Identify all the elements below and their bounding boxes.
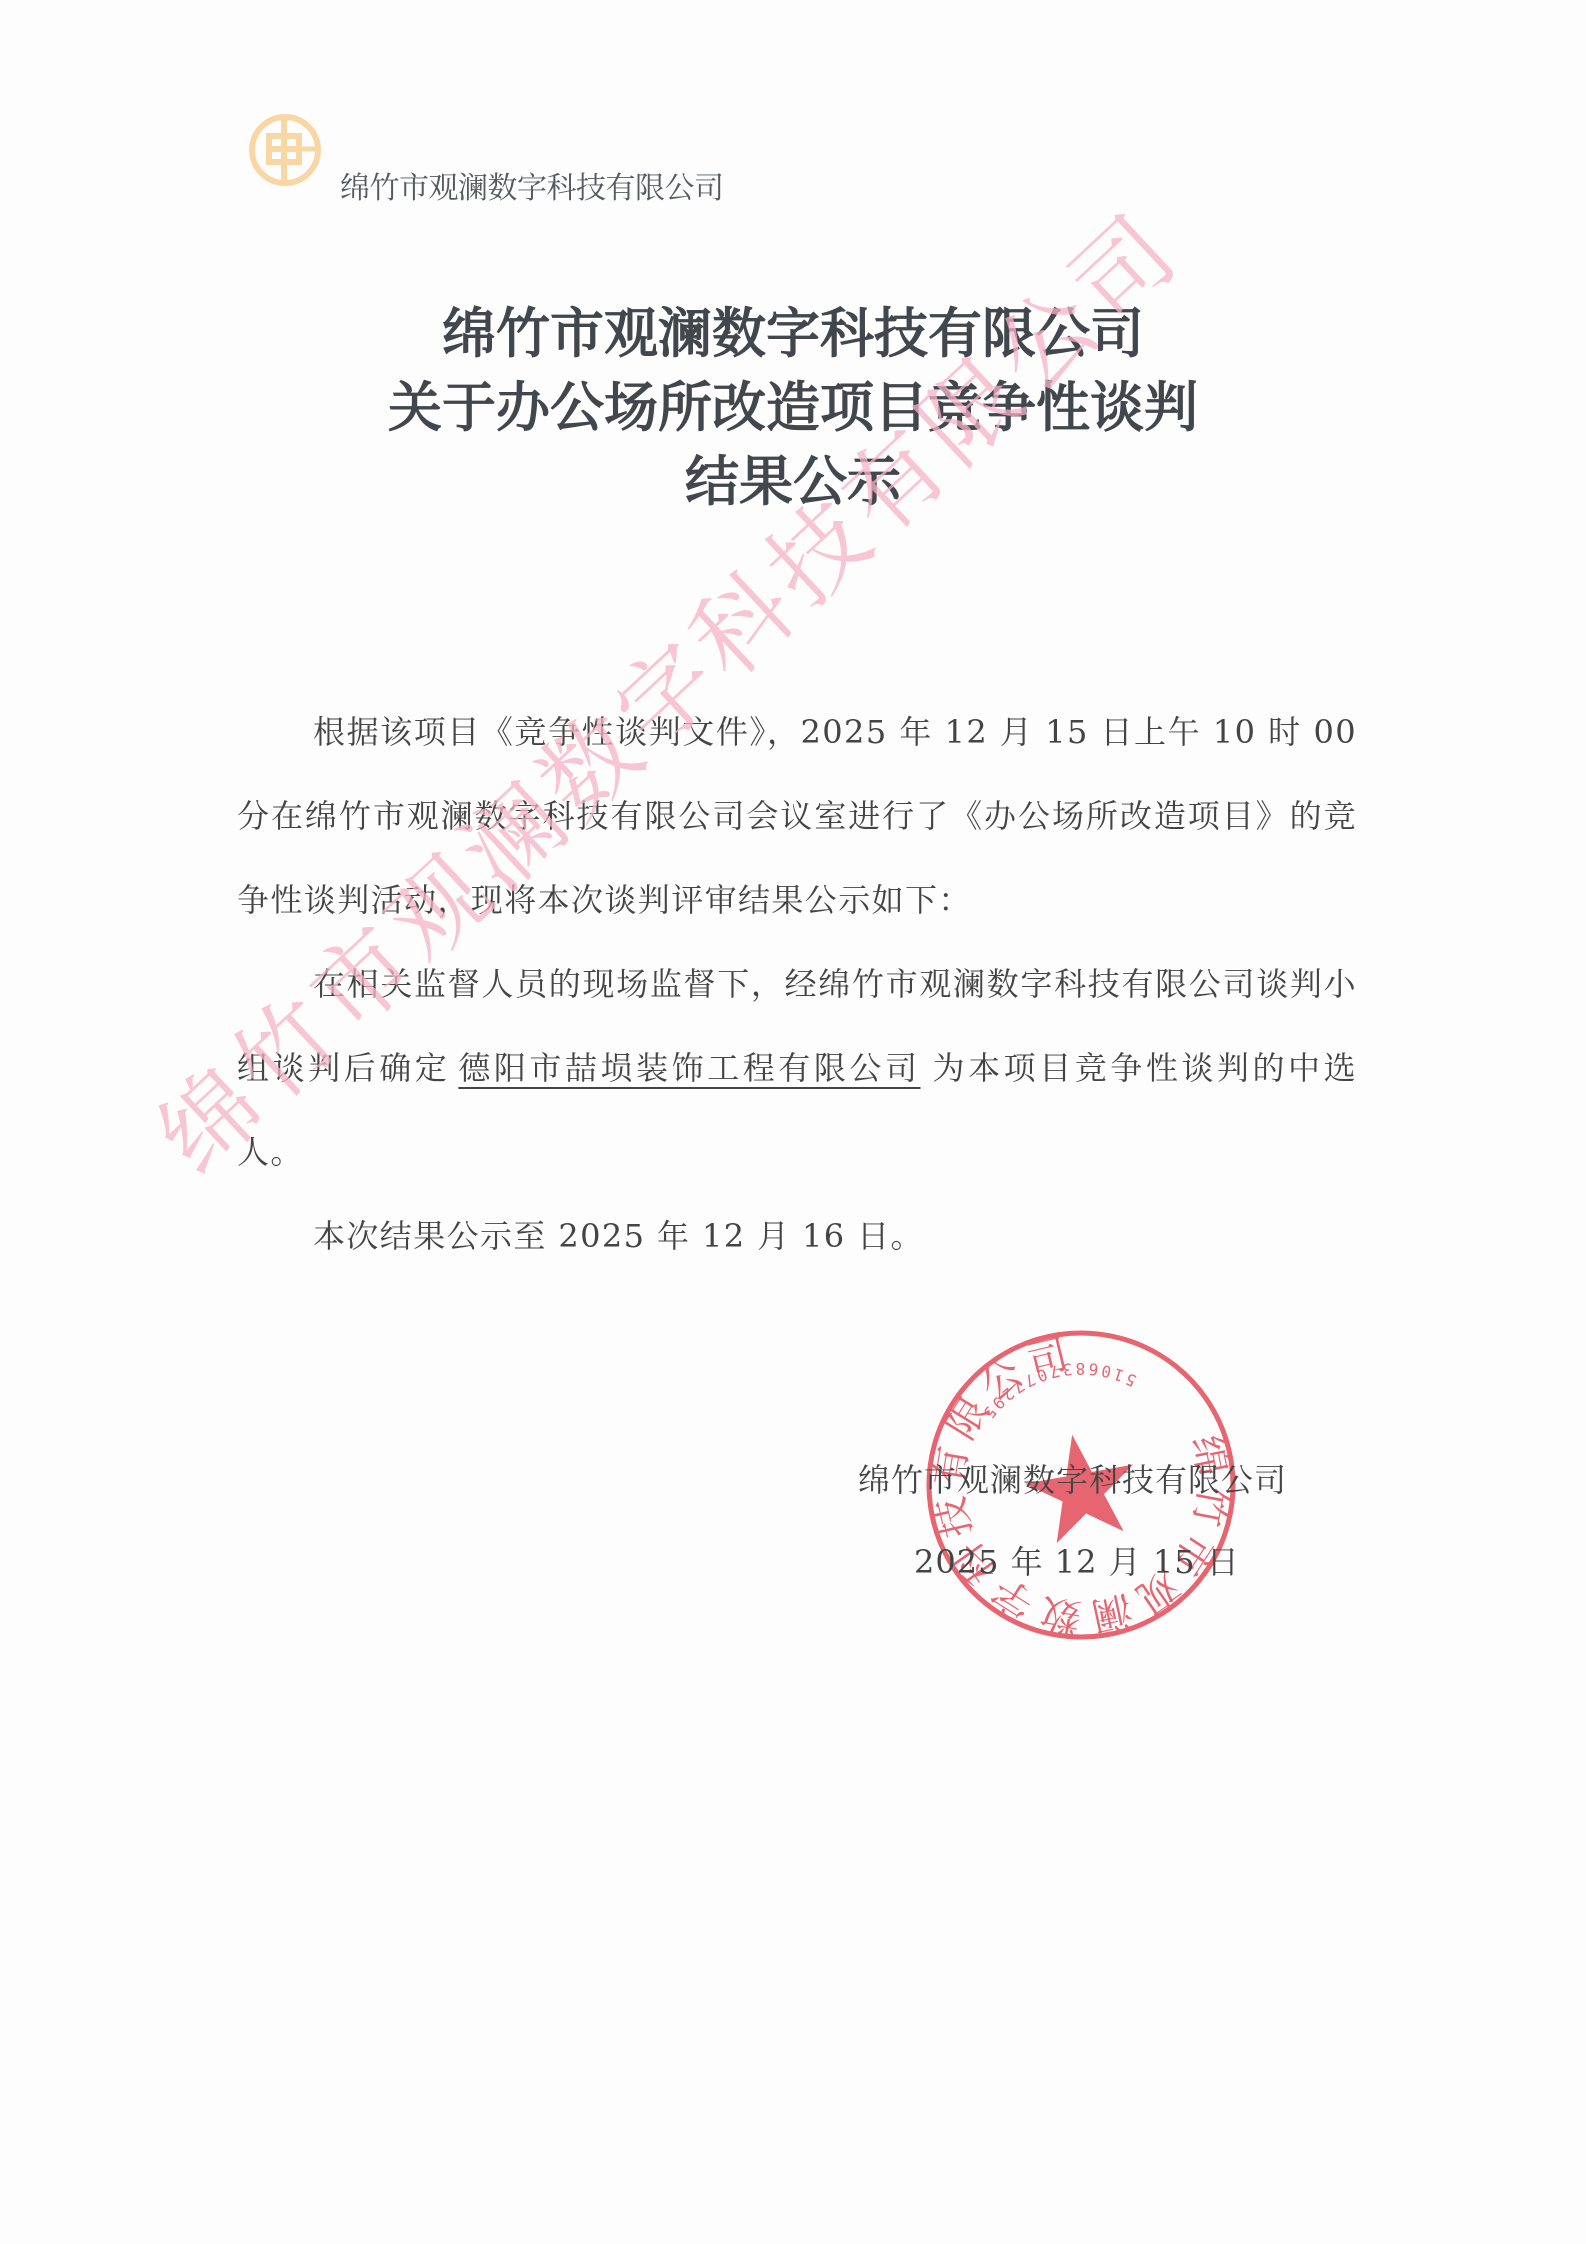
letterhead-company-name: 绵竹市观澜数字科技有限公司 bbox=[340, 163, 724, 207]
paragraph-1: 根据该项目《竞争性谈判文件》，2025 年 12 月 15 日上午 10 时 0… bbox=[237, 690, 1357, 942]
winning-bidder: 德阳市喆埙装饰工程有限公司 bbox=[450, 1049, 932, 1087]
title-line-2: 关于办公场所改造项目竞争性谈判 bbox=[0, 370, 1586, 444]
title-line-3: 结果公示 bbox=[0, 444, 1586, 518]
document-title: 绵竹市观澜数字科技有限公司 关于办公场所改造项目竞争性谈判 结果公示 bbox=[0, 296, 1586, 518]
document-body: 根据该项目《竞争性谈判文件》，2025 年 12 月 15 日上午 10 时 0… bbox=[237, 690, 1357, 1278]
title-line-1: 绵竹市观澜数字科技有限公司 bbox=[0, 296, 1586, 370]
company-logo-icon bbox=[247, 112, 323, 188]
paragraph-2: 在相关监督人员的现场监督下，经绵竹市观澜数字科技有限公司谈判小组谈判后确定德阳市… bbox=[237, 942, 1357, 1194]
document-page: 绵竹市观澜数字科技有限公司 绵竹市观澜数字科技有限公司 关于办公场所改造项目竞争… bbox=[0, 0, 1586, 2244]
paragraph-3: 本次结果公示至 2025 年 12 月 16 日。 bbox=[237, 1194, 1357, 1278]
signature-date: 2025 年 12 月 15 日 bbox=[914, 1537, 1240, 1583]
signature-organization: 绵竹市观澜数字科技有限公司 bbox=[858, 1455, 1287, 1501]
